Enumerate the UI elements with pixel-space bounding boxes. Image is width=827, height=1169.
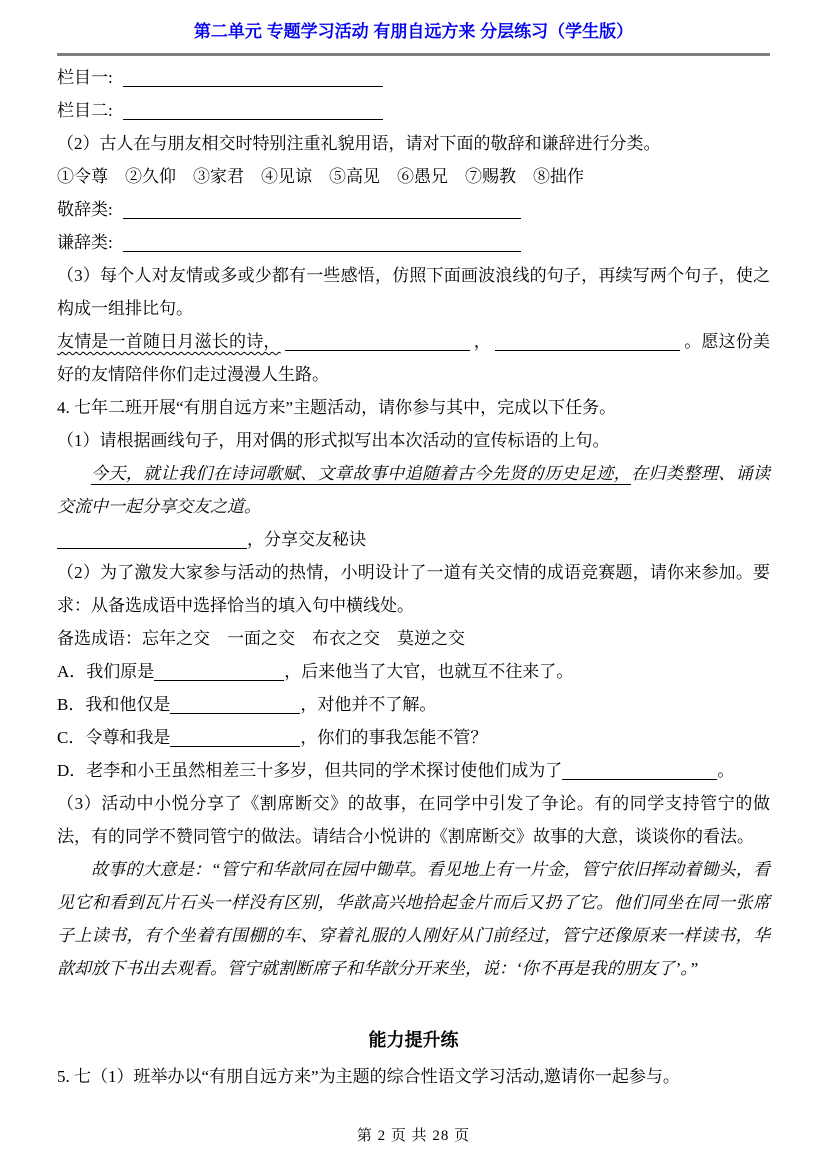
- item-b: B．我和他仅是，对他并不了解。: [57, 688, 770, 721]
- item-d-post: 。: [717, 761, 734, 780]
- item-a: A．我们原是，后来他当了大官，也就互不往来了。: [57, 655, 770, 688]
- line-column-2: 栏目二:: [57, 94, 770, 127]
- blank-q3-second: [495, 350, 680, 351]
- column-2-label: 栏目二:: [57, 101, 113, 120]
- q3-wavy-example: 友情是一首随日月滋长的诗，: [57, 332, 281, 351]
- item-d: D．老李和小王虽然相差三十多岁，但共同的学术探讨使他们成为了。: [57, 754, 770, 787]
- q3-sentence: 友情是一首随日月滋长的诗，，。愿这份美好的友情陪伴你们走过漫漫人生路。: [57, 325, 770, 391]
- item-d-pre: D．老李和小王虽然相差三十多岁，但共同的学术探讨使他们成为了: [57, 761, 562, 780]
- header-rule: [57, 53, 770, 56]
- q4-sub1-underlined-clause: 今天，就让我们在诗词歌赋、文章故事中追随着古今先贤的历史足迹，: [91, 464, 631, 483]
- q5-title: 5. 七（1）班举办以“有朋自远方来”为主题的综合性语文学习活动,邀请你一起参与…: [57, 1060, 770, 1093]
- q3-intro: （3）每个人对友情或多或少都有一些感悟，仿照下面画波浪线的句子，再续写两个句子，…: [57, 259, 770, 325]
- blank-slogan: [57, 548, 247, 549]
- humble-label: 谦辞类:: [57, 233, 113, 252]
- blank-item-d: [562, 779, 717, 780]
- document-page: 第二单元 专题学习活动 有朋自远方来 分层练习（学生版） 栏目一: 栏目二: （…: [0, 0, 827, 1093]
- page-footer: 第 2 页 共 28 页: [0, 1124, 827, 1145]
- item-a-pre: A．我们原是: [57, 662, 154, 681]
- honorific-label: 敬辞类:: [57, 200, 113, 219]
- blank-column-2: [123, 119, 383, 120]
- blank-item-a: [154, 680, 284, 681]
- q4-sub1-answer-suffix: ，分享交友秘诀: [247, 530, 366, 549]
- q3-comma: ，: [474, 332, 491, 351]
- q4-sub2-options: 备选成语：忘年之交 一面之交 布衣之交 莫逆之交: [57, 622, 770, 655]
- item-c-pre: C．令尊和我是: [57, 728, 170, 747]
- q4-sub1-intro: （1）请根据画线句子，用对偶的形式拟写出本次活动的宣传标语的上句。: [57, 424, 770, 457]
- q4-sub3-intro: （3）活动中小悦分享了《割席断交》的故事，在同学中引发了争论。有的同学支持管宁的…: [57, 787, 770, 853]
- q4-title: 4. 七年二班开展“有朋自远方来”主题活动，请你参与其中，完成以下任务。: [57, 391, 770, 424]
- item-c: C．令尊和我是，你们的事我怎能不管？: [57, 721, 770, 754]
- blank-column-1: [123, 86, 383, 87]
- line-humble: 谦辞类:: [57, 226, 770, 259]
- q2-intro: （2）古人在与朋友相交时特别注重礼貌用语，请对下面的敬辞和谦辞进行分类。: [57, 127, 770, 160]
- page-title: 第二单元 专题学习活动 有朋自远方来 分层练习（学生版）: [57, 20, 770, 44]
- q2-options: ①令尊 ②久仰 ③家君 ④见谅 ⑤高见 ⑥愚兄 ⑦赐教 ⑧拙作: [57, 160, 770, 193]
- item-b-pre: B．我和他仅是: [57, 695, 170, 714]
- line-column-1: 栏目一:: [57, 61, 770, 94]
- blank-honorific: [123, 218, 521, 219]
- section-heading: 能力提升练: [57, 1024, 770, 1057]
- item-b-post: ，对他并不了解。: [300, 695, 436, 714]
- item-c-post: ，你们的事我怎能不管？: [300, 728, 487, 747]
- blank-item-c: [170, 746, 300, 747]
- q4-sub2-intro: （2）为了激发大家参与活动的热情，小明设计了一道有关交情的成语竞赛题，请你来参加…: [57, 556, 770, 622]
- q4-sub1-quote: 今天，就让我们在诗词歌赋、文章故事中追随着古今先贤的历史足迹，在归类整理、诵读交…: [57, 457, 770, 523]
- q4-sub1-answer: ，分享交友秘诀: [57, 523, 770, 556]
- blank-item-b: [170, 713, 300, 714]
- line-honorific: 敬辞类:: [57, 193, 770, 226]
- blank-humble: [123, 251, 521, 252]
- q4-sub3-story: 故事的大意是：“管宁和华歆同在园中锄草。看见地上有一片金，管宁依旧挥动着锄头，看…: [57, 853, 770, 985]
- blank-q3-first: [285, 350, 470, 351]
- column-1-label: 栏目一:: [57, 68, 113, 87]
- item-a-post: ，后来他当了大官，也就互不往来了。: [284, 662, 573, 681]
